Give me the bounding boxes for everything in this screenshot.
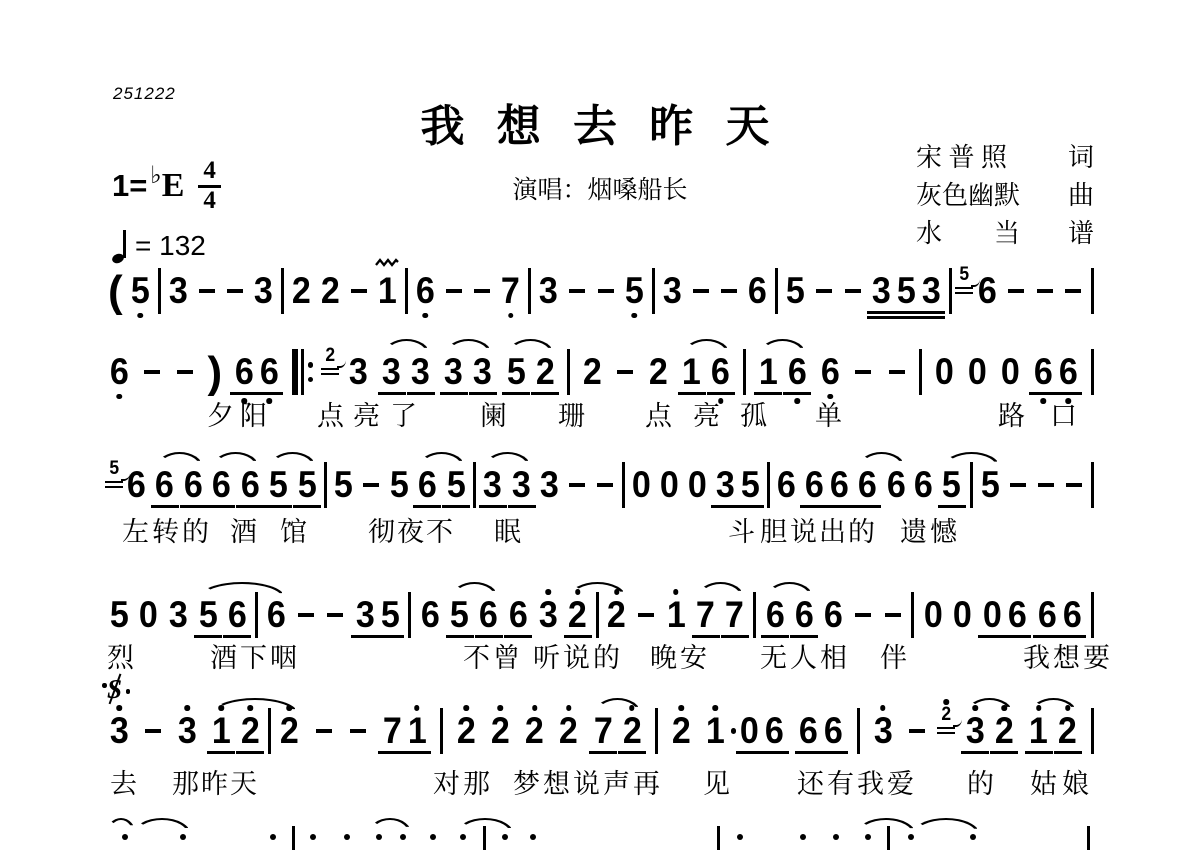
beam-group: 06 [981,596,1028,634]
lyric-syllable: 点 [317,402,344,430]
note-digit: 1 [682,353,701,391]
underline-beam [955,292,973,294]
repeat-dot [308,362,314,368]
note-digit: 0 [983,596,1002,634]
note: 5 [623,272,645,310]
lyric-syllable: 眠 [494,518,521,546]
barline [911,592,914,638]
note: 6 [154,466,176,504]
rest-note: 0 [952,596,974,634]
note: 2 [648,353,670,391]
dash-bar [144,370,160,374]
underline-beam [403,751,431,754]
rest-note: 0 [658,466,680,504]
duration-dash [690,272,712,310]
note-digit: 6 [110,353,129,391]
octave-dot-above [219,705,225,711]
slur-arc [912,818,980,835]
duration-dash [906,712,928,750]
octave-dot-above [464,705,470,711]
duration-dash [196,272,218,310]
note-digit: 3 [169,596,188,634]
octave-dot-above [629,705,635,711]
octave-dot-above [880,705,886,711]
note-digit: 3 [382,353,401,391]
segno-dot [102,683,107,688]
beam-group: 06 [739,712,786,750]
lyric-syllable: 转 [152,518,179,546]
note-digit: 6 [421,596,440,634]
underline-beam [892,311,920,314]
slur-group: 22 [567,596,628,638]
dash-bar [474,289,490,293]
underline-beam [105,486,123,488]
lyric-syllable: 去 [110,770,137,798]
underline-beam [1025,751,1053,754]
note: 1 [1028,712,1050,750]
lyric-syllable: 娘 [1062,770,1089,798]
sheet-music-page: { "meta": {"background": "#ffffff", "ink… [0,0,1200,850]
close-paren: ) [208,353,223,393]
slur-group: 55 [941,466,1002,508]
lyric-syllable: 伴 [880,644,907,672]
note-digit: 5 [981,466,1000,504]
octave-dot-below [116,394,122,400]
note: 6 [1057,353,1079,391]
octave-dot-above [944,699,950,705]
lyric-syllable: 还 [797,770,824,798]
duration-dash [594,466,616,504]
note-digit: 3 [110,712,129,750]
octave-dot-above [566,705,572,711]
lyric-syllable: 想 [543,770,570,798]
dash-bar [1065,289,1081,293]
note-digit: 5 [625,272,644,310]
slur-group: 72 [592,712,643,750]
underline-beam [479,505,507,508]
note-digit: 2 [568,596,587,634]
note-digit: 0 [632,466,651,504]
note-digit: 5 [109,458,119,480]
note-digit: 0 [953,596,972,634]
note: 5 [505,353,527,391]
note: 2 [455,712,477,750]
note: 2 [1057,712,1079,750]
slur-group: 33 [482,466,533,504]
beam-group: 35 [714,466,761,504]
note: 6 [747,272,769,310]
duration-dash [842,272,864,310]
slur-arc [133,818,191,835]
note-digit: 1 [759,353,778,391]
underline-beam [783,392,811,395]
lyric-syllable: 爱 [887,770,914,798]
underline-beam [236,505,264,508]
underline-beam [853,505,881,508]
note: 1 [376,272,398,310]
note-digit: 2 [491,712,510,750]
music-line-4: 503566356566322177666000666 [108,596,1094,638]
slur-group: 16 [757,353,808,391]
octave-dot-above [713,705,719,711]
lyric-syllable: 亮 [353,402,380,430]
dash-bar [1010,483,1026,487]
note: 5 [129,272,151,310]
octave-dot-above [800,834,806,840]
note: 3 [872,712,894,750]
note: 6 [126,466,148,504]
lyric-syllable: 阳 [240,402,267,430]
note: 6 [478,596,500,634]
underline-beam [754,392,782,395]
note: 6 [803,466,825,504]
note-digit: 1 [706,712,725,750]
note-digit: 1 [378,272,397,310]
octave-dot-below [794,398,800,404]
underline-beam [589,751,617,754]
note-digit: 6 [260,353,279,391]
underline-beam [293,505,321,508]
note: 1 [665,596,687,634]
music-line-1: (533221673536535356 [108,272,1094,314]
underline-beam [531,392,559,395]
beam-group: 66 [798,712,845,750]
duration-dash [295,596,317,634]
underline-beam [564,635,592,638]
duration-dash [141,353,163,391]
note: 5 [445,466,467,504]
note: 3 [253,272,275,310]
note: 3 [964,712,986,750]
note-digit: 3 [473,353,492,391]
dash-bar [1008,289,1024,293]
lyric-syllable: 了 [390,402,417,430]
dash-bar [351,289,367,293]
note: 6 [1032,353,1054,391]
octave-dot-above [575,589,581,595]
lyric-syllable: 不 [426,518,453,546]
octave-dot-above [530,834,536,840]
underline-beam [207,751,235,754]
underline-beam [736,505,764,508]
note-digit: 5 [198,596,217,634]
underline-beam [961,751,989,754]
lyric-syllable: 路 [998,402,1025,430]
octave-dot-above [545,589,551,595]
note-digit: 0 [968,353,987,391]
note-digit: 0 [934,353,953,391]
note: 6 [414,272,436,310]
note: 6 [416,466,438,504]
underline-beam [892,316,920,319]
rest-note: 0 [631,466,653,504]
lyric-syllable: 说 [563,644,590,672]
lyric-syllable: 梦 [513,770,540,798]
note-digit: 6 [711,353,730,391]
note-digit: 0 [139,596,158,634]
rest-note: 0 [739,712,761,750]
music-line-3: 5666665555653330003566666655 [108,466,1094,508]
lyric-syllable: 无 [760,644,787,672]
note-digit: 6 [748,272,767,310]
underline-beam [795,751,823,754]
lyric-syllable: 有 [827,770,854,798]
underline-beam [504,635,532,638]
note: 6 [507,596,529,634]
segno-dot [126,689,131,694]
barline [1091,708,1094,754]
note-digit: 2 [622,712,641,750]
note-digit: 2 [280,712,299,750]
beam-group: 66 [1036,596,1083,634]
note-digit: 2 [583,353,602,391]
lyric-syllable: 要 [1083,644,1110,672]
note: 6 [1061,596,1083,634]
underline-beam [469,392,497,395]
note-digit: 6 [799,712,818,750]
note: 3 [661,272,683,310]
lyric-syllable: 安 [680,644,707,672]
lyric-syllable: 的 [182,518,209,546]
beam-group: 71 [381,712,428,750]
dash-bar [298,613,314,617]
note: 6 [798,712,820,750]
barline [949,268,952,314]
note: 5 [941,466,963,504]
note: 6 [823,712,845,750]
note: 1 [704,712,726,750]
underline-beam [440,392,468,395]
note-digit: 6 [914,466,933,504]
dash-bar [569,483,585,487]
underline-beam [867,311,895,314]
underline-beam [1029,392,1057,395]
underline-beam [376,635,404,638]
underline-beam [236,751,264,754]
octave-dot-above [1036,705,1042,711]
octave-dot-above [430,834,436,840]
beam-group: 66 [803,466,850,504]
underline-beam [736,751,764,754]
note-digit: 1 [1029,712,1048,750]
octave-dot-above [532,705,538,711]
slur-group: 66 [764,596,815,634]
note: 7 [592,712,614,750]
note-digit: 5 [269,466,288,504]
slur-arc [368,818,412,835]
duration-dash [324,596,346,634]
rest-note: 0 [686,466,708,504]
underline-beam [442,505,470,508]
note-digit: 2 [457,712,476,750]
octave-dot-below [508,313,514,319]
note-digit: 6 [765,712,784,750]
note-digit: 0 [688,466,707,504]
slur-group: 55 [267,466,318,504]
note-digit: 3 [539,596,558,634]
underline-beam [1033,635,1061,638]
note-digit: 6 [794,596,813,634]
octave-dot-above [614,589,620,595]
note-digit: 6 [1059,353,1078,391]
duration-dash [1005,272,1027,310]
note: 3 [347,353,369,391]
note: 5 [108,596,130,634]
dash-bar [855,370,871,374]
note: 3 [920,272,942,310]
slur-group: 566 [197,596,287,638]
dash-bar [363,483,379,487]
note-digit: 5 [447,466,466,504]
barline [292,826,295,850]
slur-group: 32 [964,712,1015,750]
lyric-syllable: 见 [703,770,730,798]
underline-beam [446,635,474,638]
note: 6 [977,272,999,310]
note-digit: 6 [1063,596,1082,634]
slur-arc [856,818,916,835]
segno-icon: S [104,674,128,706]
duration-dash [360,466,382,504]
note-digit: 5 [380,596,399,634]
grace-note: 2 [324,345,336,367]
note-digit: 0 [660,466,679,504]
barline [1091,462,1094,508]
barline [1087,826,1090,850]
underline-beam [867,316,895,319]
note-digit: 3 [349,353,368,391]
underline-beam [955,287,973,289]
note-digit: 5 [131,272,150,310]
underline-beam [707,392,735,395]
rest-note: 0 [966,353,988,391]
note: 5 [379,596,401,634]
barline [655,708,658,754]
duration-dash [142,712,164,750]
dash-bar [638,613,654,617]
note: 5 [333,466,355,504]
note: 6 [233,353,255,391]
note: 2 [670,712,692,750]
note: 2 [278,712,300,750]
note-digit: 6 [830,466,849,504]
note-digit: 1 [666,596,685,634]
underline-beam [508,505,536,508]
duration-dash [635,596,657,634]
note-digit: 5 [298,466,317,504]
dash-bar [350,729,366,733]
repeat-dot [308,377,314,383]
barline [408,592,411,638]
lyric-syllable: 咽 [270,644,297,672]
note-digit: 6 [212,466,231,504]
duration-dash [566,466,588,504]
note-digit: 2 [1058,712,1077,750]
dash-bar [721,289,737,293]
underline-beam [105,481,123,483]
lyric-syllable: 人 [790,644,817,672]
note: 6 [210,466,232,504]
note-digit: 2 [525,712,544,750]
note-digit: 6 [788,353,807,391]
dash-bar [598,289,614,293]
note-digit: 7 [593,712,612,750]
underline-beam [223,635,251,638]
octave-dot-above [270,834,276,840]
duration-dash [852,353,874,391]
note: 1 [406,712,428,750]
note: 2 [581,353,603,391]
lyric-syllable: 那 [172,770,199,798]
note-digit: 6 [857,466,876,504]
rest-note: 0 [981,596,1003,634]
underline-beam [692,635,720,638]
note-digit: 6 [1034,353,1053,391]
note: 6 [793,596,815,634]
barline [1091,268,1094,314]
barline [567,349,570,395]
duration-dash [718,272,740,310]
note-digit: 0 [1001,353,1020,391]
octave-dot-above [973,705,979,711]
note-digit: 7 [696,596,715,634]
underline-beam [475,635,503,638]
slur-arc [106,818,136,835]
note: 2 [621,712,643,750]
augmentation-dot [731,728,737,734]
underline-beam [761,635,789,638]
note: 3 [714,466,736,504]
note: 6 [786,353,808,391]
note: 2 [239,712,261,750]
note: 3 [354,596,376,634]
lyric-syllable: 曾 [493,644,520,672]
note-digit: 6 [978,272,997,310]
note: 3 [176,712,198,750]
barline [596,592,599,638]
note: 6 [108,353,130,391]
dash-bar [177,370,193,374]
note-digit: 5 [786,272,805,310]
note: 6 [258,353,280,391]
barline [440,708,443,754]
octave-dot-below [267,398,273,404]
beam-group: 66 [233,353,280,391]
slur-group: 56 [449,596,500,634]
octave-dot-below [422,313,428,319]
dash-bar [909,729,925,733]
barline [622,462,625,508]
barline [324,462,327,508]
note: 7 [381,712,403,750]
barline [775,268,778,314]
music-line-2: 6)6623333352221616600066 [108,353,1094,395]
note: 5 [980,466,1002,504]
octave-dot-below [828,394,834,400]
note: 3 [167,596,189,634]
note: 1 [681,353,703,391]
duration-dash [1062,272,1084,310]
note: 6 [265,596,287,634]
underline-beam [351,635,379,638]
lyric-syllable: 想 [1053,644,1080,672]
octave-dot-above [1065,705,1071,711]
underline-beam [721,635,749,638]
lyric-syllable: 不 [463,644,490,672]
octave-dot-above [678,705,684,711]
note: 3 [537,596,559,634]
lyric-syllable: 酒 [230,518,257,546]
